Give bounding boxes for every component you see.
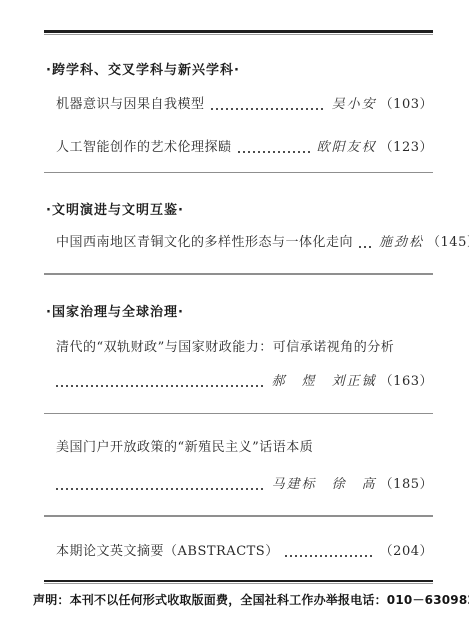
dot-leader (359, 246, 373, 248)
page-number: （123） (380, 139, 433, 157)
toc-entry: 清代的“双轨财政”与国家财政能力：可信承诺视角的分析 (56, 339, 433, 357)
article-authors: 郝 煜 刘正铖 (272, 373, 377, 391)
toc-entry-continuation: 马建标 徐 高 （185） (56, 476, 433, 494)
toc-entry: 美国门户开放政策的“新殖民主义”话语本质 (56, 439, 433, 457)
rule-thin-line (44, 34, 433, 35)
dot-leader (56, 488, 266, 490)
dot-leader (211, 108, 326, 110)
section-divider (44, 413, 433, 415)
article-authors: 吴小安 (332, 96, 377, 114)
page-number: （163） (380, 373, 433, 391)
double-rule-top (44, 30, 433, 35)
article-title: 机器意识与因果自我模型 (56, 96, 205, 114)
journal-toc-page: ·跨学科、交叉学科与新兴学科· 机器意识与因果自我模型 吴小安 （103） 人工… (0, 0, 469, 617)
page-number: （103） (380, 96, 433, 114)
section-header-governance: ·国家治理与全球治理· (46, 304, 433, 322)
article-title: 人工智能创作的艺术伦理探赜 (56, 139, 232, 157)
toc-entry: 人工智能创作的艺术伦理探赜 欧阳友权 （123） (56, 139, 433, 157)
page-number: （185） (380, 476, 433, 494)
article-title: 清代的“双轨财政”与国家财政能力：可信承诺视角的分析 (56, 339, 394, 357)
article-authors: 马建标 徐 高 (272, 476, 377, 494)
footer-statement: 声明：本刊不以任何形式收取版面费，全国社科工作办举报电话：010－6309827… (33, 591, 443, 608)
dot-leader (56, 385, 266, 387)
article-authors: 欧阳友权 (317, 139, 377, 157)
section-divider (44, 515, 433, 517)
dot-leader (285, 555, 374, 557)
toc-entry: 中国西南地区青铜文化的多样性形态与一体化走向 施劲松 （145） (56, 234, 433, 252)
double-rule-bottom (44, 580, 433, 585)
rule-thick-line (44, 30, 433, 33)
page-number: （145） (427, 234, 469, 252)
page-number: （204） (380, 543, 433, 561)
rule-thin-line (44, 583, 433, 584)
section-divider (44, 172, 433, 174)
abstracts-title: 本期论文英文摘要（ABSTRACTS） (56, 543, 279, 561)
article-title: 中国西南地区青铜文化的多样性形态与一体化走向 (56, 234, 353, 252)
toc-entry: 机器意识与因果自我模型 吴小安 （103） (56, 96, 433, 114)
section-header-interdisciplinary: ·跨学科、交叉学科与新兴学科· (46, 62, 433, 80)
section-header-civilization: ·文明演进与文明互鉴· (46, 202, 433, 220)
dot-leader (238, 151, 311, 153)
article-authors: 施劲松 (379, 234, 424, 252)
section-divider (44, 273, 433, 275)
article-title: 美国门户开放政策的“新殖民主义”话语本质 (56, 439, 313, 457)
abstracts-entry: 本期论文英文摘要（ABSTRACTS） （204） (56, 543, 433, 561)
rule-thick-line (44, 580, 433, 583)
toc-entry-continuation: 郝 煜 刘正铖 （163） (56, 373, 433, 391)
